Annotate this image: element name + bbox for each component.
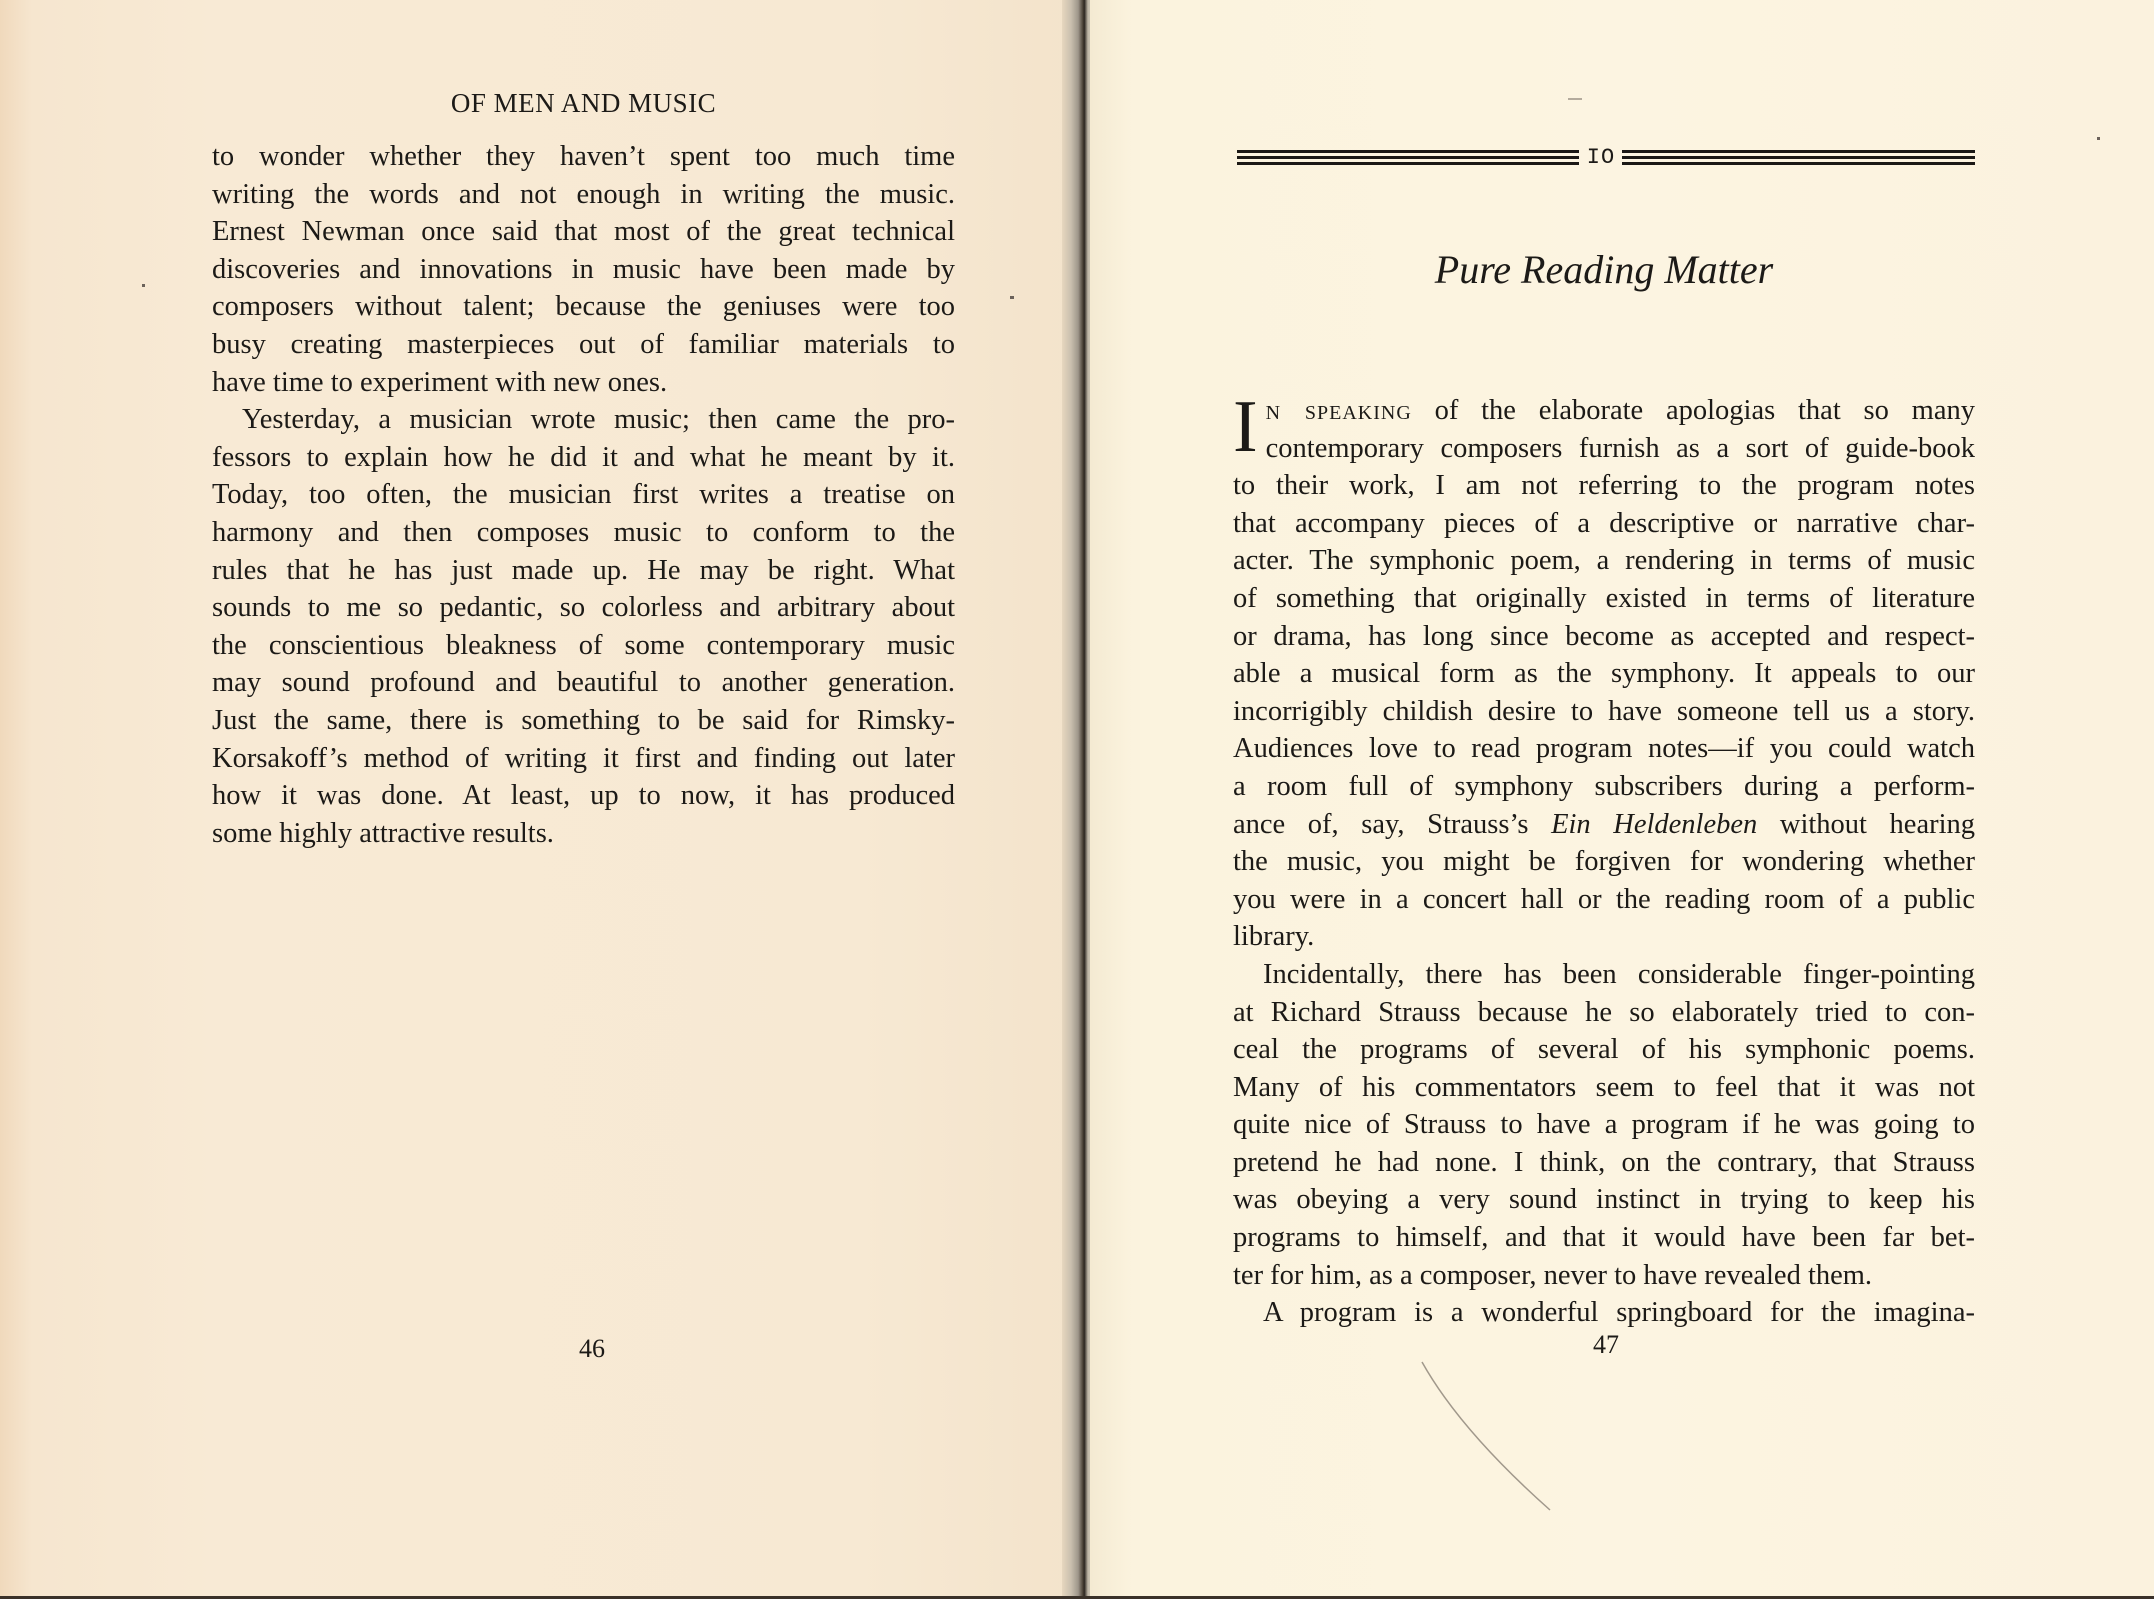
left-page: OF MEN AND MUSIC to wonder whether they …: [0, 0, 1075, 1599]
text-line: Audiences love to read program notes—if …: [1233, 730, 1975, 768]
text-line: library.: [1233, 918, 1975, 956]
text-line: the music, you might be forgiven for won…: [1233, 843, 1975, 881]
text-line: some highly attractive results.: [212, 815, 955, 853]
text-line: able a musical form as the symphony. It …: [1233, 655, 1975, 693]
paragraph: Incidentally, there has been considerabl…: [1233, 956, 1975, 1294]
text-line: Just the same, there is something to be …: [212, 702, 955, 740]
text-line: Yesterday, a musician wrote music; then …: [212, 401, 955, 439]
paragraph: A program is a wonderful springboard for…: [1233, 1294, 1975, 1332]
text-line: discoveries and innovations in music hav…: [212, 251, 955, 289]
rule-left: [1237, 150, 1579, 166]
text-line: how it was done. At least, up to now, it…: [212, 777, 955, 815]
text-line: fessors to explain how he did it and wha…: [212, 439, 955, 477]
text-line: of something that originally existed in …: [1233, 580, 1975, 618]
running-head: OF MEN AND MUSIC: [212, 88, 955, 119]
text-line: rules that he has just made up. He may b…: [212, 552, 955, 590]
text-line: to wonder whether they haven’t spent too…: [212, 138, 955, 176]
paper-speck: [2097, 137, 2100, 140]
text-line: harmony and then composes music to confo…: [212, 514, 955, 552]
text-line: contemporary composers furnish as a sort…: [1233, 430, 1975, 468]
text-line: a room full of symphony subscribers duri…: [1233, 768, 1975, 806]
left-page-body: to wonder whether they haven’t spent too…: [212, 138, 955, 852]
right-page-body: I n speaking of the elaborate apologias …: [1233, 392, 1975, 1332]
paragraph: to wonder whether they haven’t spent too…: [212, 138, 955, 401]
text-line: ter for him, as a composer, never to hav…: [1233, 1257, 1975, 1295]
text-line: to their work, I am not referring to the…: [1233, 467, 1975, 505]
smallcaps-opening: n speaking: [1266, 395, 1412, 426]
text-fragment: ance of, say, Strauss’s: [1233, 809, 1551, 840]
paragraph: I n speaking of the elaborate apologias …: [1233, 392, 1975, 956]
text-line: busy creating masterpieces out of famili…: [212, 326, 955, 364]
chapter-rule: IO: [1237, 147, 1975, 169]
text-line: Many of his commentators seem to feel th…: [1233, 1069, 1975, 1107]
page-number-right: 47: [1566, 1330, 1646, 1360]
text-line: Ernest Newman once said that most of the…: [212, 213, 955, 251]
text-line: acter. The symphonic poem, a rendering i…: [1233, 542, 1975, 580]
work-title-italic: Ein Heldenleben: [1551, 809, 1757, 840]
text-line: Incidentally, there has been considerabl…: [1233, 956, 1975, 994]
paper-speck: [142, 284, 145, 287]
drop-cap: I: [1233, 396, 1258, 458]
text-line: you were in a concert hall or the readin…: [1233, 881, 1975, 919]
text-fragment: of the elaborate apologias that so many: [1412, 395, 1975, 426]
text-line: that accompany pieces of a descriptive o…: [1233, 505, 1975, 543]
text-line: composers without talent; because the ge…: [212, 288, 955, 326]
text-line: incorrigibly childish desire to have som…: [1233, 693, 1975, 731]
text-line: pretend he had none. I think, on the con…: [1233, 1144, 1975, 1182]
text-line: ceal the programs of several of his symp…: [1233, 1031, 1975, 1069]
text-line: at Richard Strauss because he so elabora…: [1233, 994, 1975, 1032]
text-line: Today, too often, the musician first wri…: [212, 476, 955, 514]
text-line: sounds to me so pedantic, so colorless a…: [212, 589, 955, 627]
text-line: writing the words and not enough in writ…: [212, 176, 955, 214]
paper-speck: [1568, 98, 1582, 100]
text-line: the conscientious bleakness of some cont…: [212, 627, 955, 665]
text-line: quite nice of Strauss to have a program …: [1233, 1106, 1975, 1144]
chapter-number: IO: [1583, 145, 1619, 170]
text-line: programs to himself, and that it would h…: [1233, 1219, 1975, 1257]
text-line: may sound profound and beautiful to anot…: [212, 664, 955, 702]
text-line: was obeying a very sound instinct in try…: [1233, 1181, 1975, 1219]
text-line: have time to experiment with new ones.: [212, 364, 955, 402]
text-line: Korsakoff’s method of writing it first a…: [212, 740, 955, 778]
text-line: A program is a wonderful springboard for…: [1233, 1294, 1975, 1332]
paragraph: Yesterday, a musician wrote music; then …: [212, 401, 955, 852]
chapter-title: Pure Reading Matter: [1233, 246, 1975, 293]
text-line: n speaking of the elaborate apologias th…: [1233, 392, 1975, 430]
text-line: ance of, say, Strauss’s Ein Heldenleben …: [1233, 806, 1975, 844]
page-number-left: 46: [552, 1334, 632, 1364]
rule-right: [1622, 150, 1975, 166]
paper-crease-mark: [1420, 1360, 1560, 1520]
text-fragment: without hearing: [1757, 809, 1975, 840]
paper-speck: [1010, 296, 1014, 299]
text-line: or drama, has long since become as accep…: [1233, 618, 1975, 656]
